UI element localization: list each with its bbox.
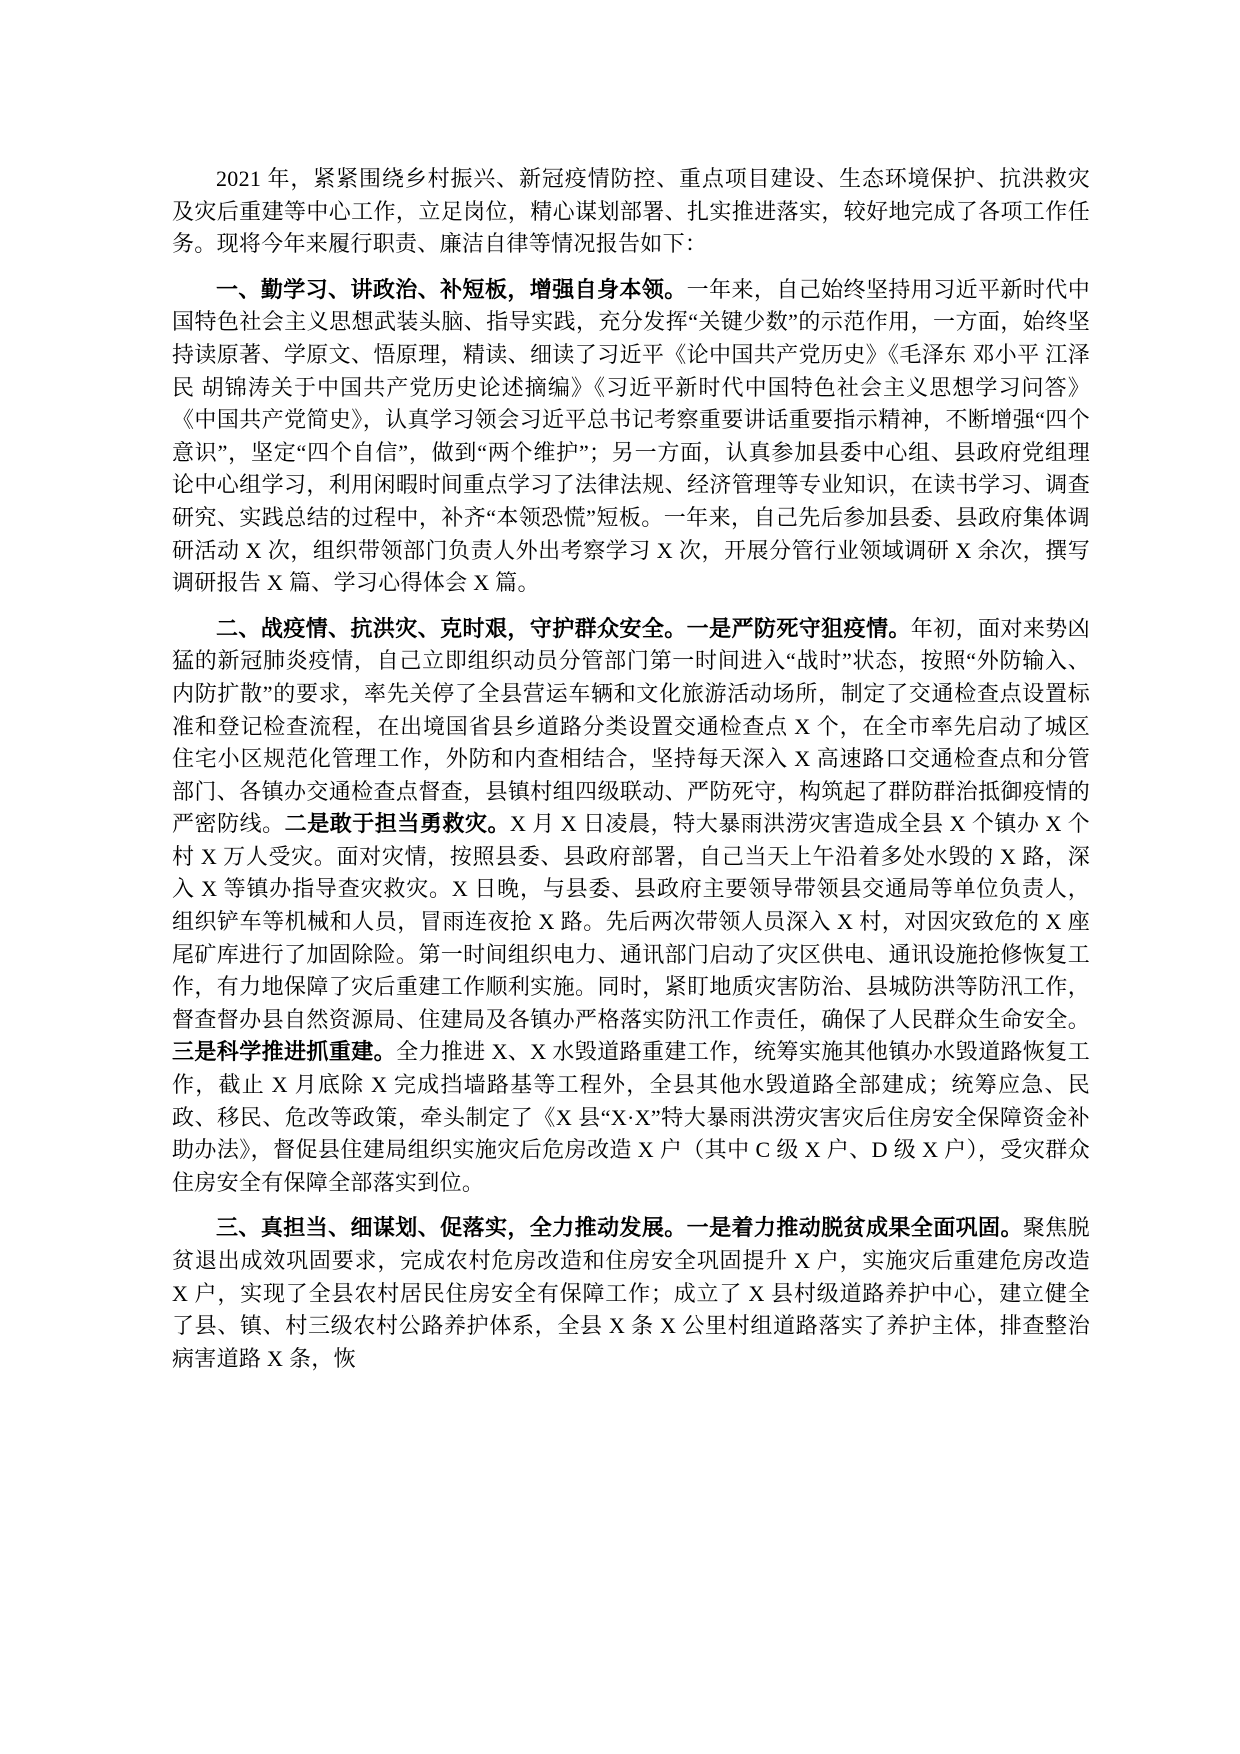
text-run: X 月 X 日凌晨，特大暴雨洪涝灾害造成全县 X 个镇办 X 个村 X 万人受灾… bbox=[172, 811, 1090, 1032]
section-2-subheading-3: 三是科学推进抓重建。 bbox=[172, 1039, 396, 1064]
paragraph-section-3: 三、真担当、细谋划、促落实，全力推动发展。一是着力推动脱贫成果全面巩固。聚焦脱贫… bbox=[172, 1212, 1090, 1375]
section-2-subheading-2: 二是敢于担当勇救灾。 bbox=[285, 811, 510, 836]
paragraph-section-2: 二、战疫情、抗洪灾、克时艰，守护群众安全。一是严防死守狙疫情。年初，面对来势凶猛… bbox=[172, 613, 1090, 1200]
text-run: 2021 年，紧紧围绕乡村振兴、新冠疫情防控、重点项目建设、生态环境保护、抗洪救… bbox=[172, 166, 1090, 256]
text-run: 一年来，自己始终坚持用习近平新时代中国特色社会主义思想武装头脑、指导实践，充分发… bbox=[172, 277, 1090, 595]
document-page: 2021 年，紧紧围绕乡村振兴、新冠疫情防控、重点项目建设、生态环境保护、抗洪救… bbox=[0, 0, 1240, 1754]
paragraph-section-1: 一、勤学习、讲政治、补短板，增强自身本领。一年来，自己始终坚持用习近平新时代中国… bbox=[172, 274, 1090, 600]
paragraph-intro: 2021 年，紧紧围绕乡村振兴、新冠疫情防控、重点项目建设、生态环境保护、抗洪救… bbox=[172, 163, 1090, 261]
section-2-heading: 二、战疫情、抗洪灾、克时艰，守护群众安全。一是严防死守狙疫情。 bbox=[216, 616, 911, 641]
section-1-heading: 一、勤学习、讲政治、补短板，增强自身本领。 bbox=[216, 277, 687, 302]
section-3-heading: 三、真担当、细谋划、促落实，全力推动发展。一是着力推动脱贫成果全面巩固。 bbox=[216, 1215, 1023, 1240]
text-run: 年初，面对来势凶猛的新冠肺炎疫情，自己立即组织动员分管部门第一时间进入“战时”状… bbox=[172, 616, 1090, 837]
